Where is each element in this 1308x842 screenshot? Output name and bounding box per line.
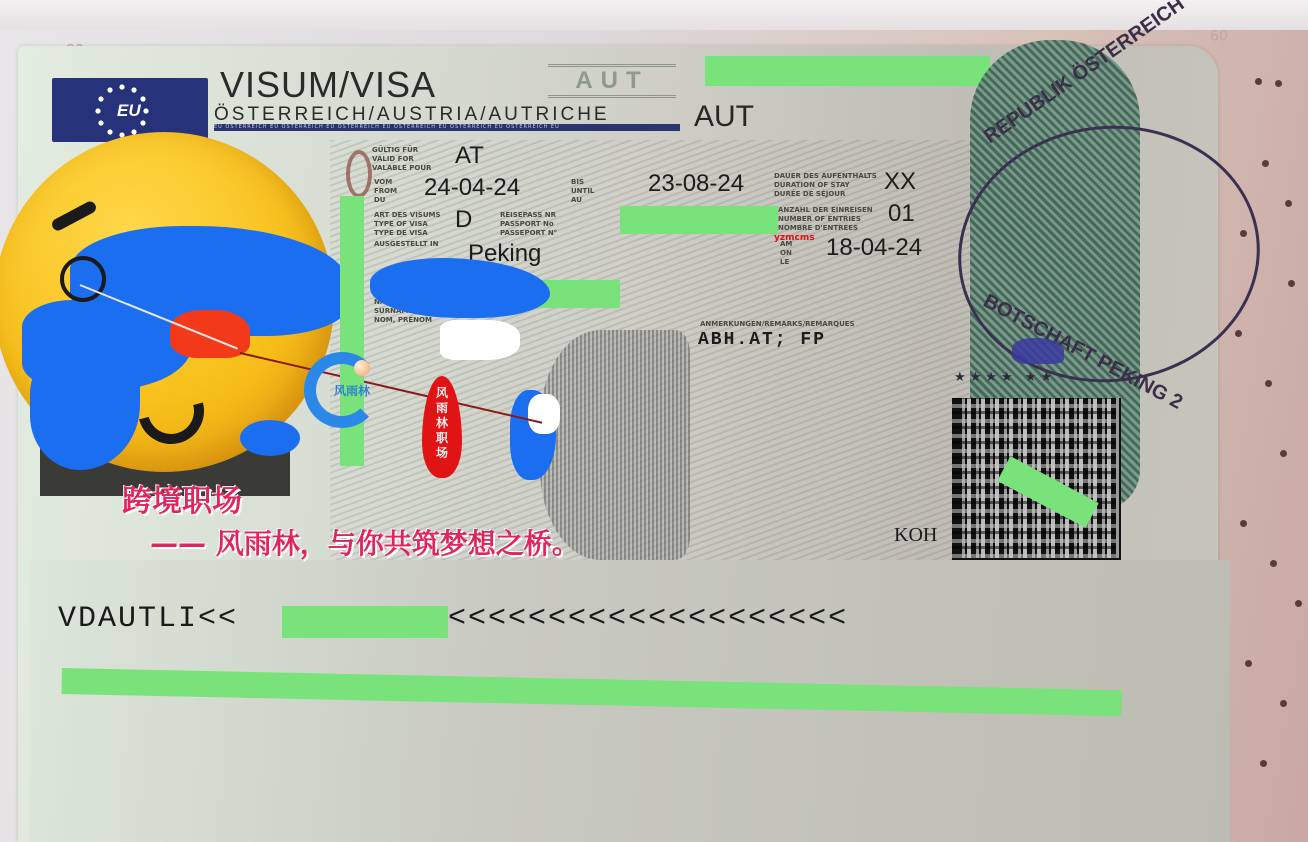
passport-page-top [0, 0, 1308, 30]
koh-code: KOH [894, 524, 937, 547]
perforation-dot [1240, 520, 1247, 527]
value-type: D [455, 206, 472, 234]
country-code: AUT [694, 100, 754, 134]
perforation-dot [1295, 600, 1302, 607]
redaction-mrz-name [282, 606, 448, 638]
watermark: yzmcms [774, 233, 815, 243]
perforation-dot [1270, 560, 1277, 567]
map-australia [240, 420, 300, 456]
label-valid-for: GÜLTIG FÜR VALID FOR VALABLE POUR [372, 146, 431, 173]
value-remarks: ABH.AT; FP [698, 330, 826, 350]
label-entries: ANZAHL DER EINREISEN NUMBER OF ENTRIES N… [778, 206, 873, 233]
aut-emboss: AUT [548, 64, 676, 98]
redaction-passport-no [620, 206, 778, 234]
label-from: VOM FROM DU [374, 178, 397, 205]
page-number-right: 09 [1210, 26, 1228, 42]
perforation-dot [1240, 230, 1247, 237]
eagle-emblem-icon [1012, 338, 1064, 364]
label-remarks: ANMERKUNGEN/REMARKS/REMARQUES [700, 320, 855, 329]
brand-sun-icon [354, 360, 370, 376]
value-duration: XX [884, 168, 916, 196]
label-type: ART DES VISUMS TYPE OF VISA TYPE DE VISA [374, 211, 441, 238]
label-duration: DAUER DES AUFENTHALTS DURATION OF STAY D… [774, 172, 877, 199]
perforation-dot [1262, 160, 1269, 167]
red-badge-text: 风雨林职场 [432, 386, 452, 461]
value-valid-for: AT [455, 142, 484, 170]
stamp-stars: ★★★★ ★★ [954, 370, 1056, 385]
map-usa [440, 320, 520, 360]
mrz-line-1: VDAUTLI<<<<<<<<<<<<<<<<<<<<<<<< [58, 602, 848, 636]
label-passport-no: REISEPASS NR PASSPORT No PASSEPORT N° [500, 211, 557, 238]
perforation-dot [1260, 760, 1267, 767]
map-brazil [528, 394, 560, 434]
security-seal-icon [346, 150, 372, 198]
redaction-visa-number [705, 56, 990, 86]
slogan-title: 跨境职场 [122, 476, 242, 520]
mrz-line-1-prefix: VDAUTLI<< [58, 602, 238, 636]
label-issued-in: AUSGESTELLT IN [374, 240, 439, 249]
perforation-dot [1255, 78, 1262, 85]
perforation-dot [1275, 80, 1282, 87]
label-until: BIS UNTIL AU [571, 178, 594, 205]
map-china [170, 310, 250, 358]
brand-logo-text: 风雨林 [334, 382, 370, 399]
visa-title: VISUM/VISA [220, 64, 436, 106]
value-issued-on: 18-04-24 [826, 234, 922, 262]
perforation-dot [1245, 660, 1252, 667]
eu-label: EU [117, 101, 141, 121]
visa-subtitle: ÖSTERREICH/AUSTRIA/AUTRICHE [214, 104, 610, 126]
perforation-dot [1265, 380, 1272, 387]
perforation-dot [1235, 330, 1242, 337]
slogan-line: —— 风雨林，与你共筑梦想之桥。 [150, 522, 580, 562]
perforation-dot [1285, 200, 1292, 207]
emoji-eye-ring [60, 256, 106, 302]
perforation-dot [1280, 700, 1287, 707]
perforation-dot [1280, 450, 1287, 457]
value-entries: 01 [888, 200, 915, 228]
perforation-dot [1288, 280, 1295, 287]
label-issued-on: AM ON LE [780, 240, 792, 267]
value-until: 23-08-24 [648, 170, 744, 198]
mrz-line-1-suffix: <<<<<<<<<<<<<<<<<<<<<< [408, 602, 848, 636]
microprint-band: EU ÖSTERREICH EU ÖSTERREICH EU ÖSTERREIC… [214, 124, 680, 131]
value-from: 24-04-24 [424, 174, 520, 202]
